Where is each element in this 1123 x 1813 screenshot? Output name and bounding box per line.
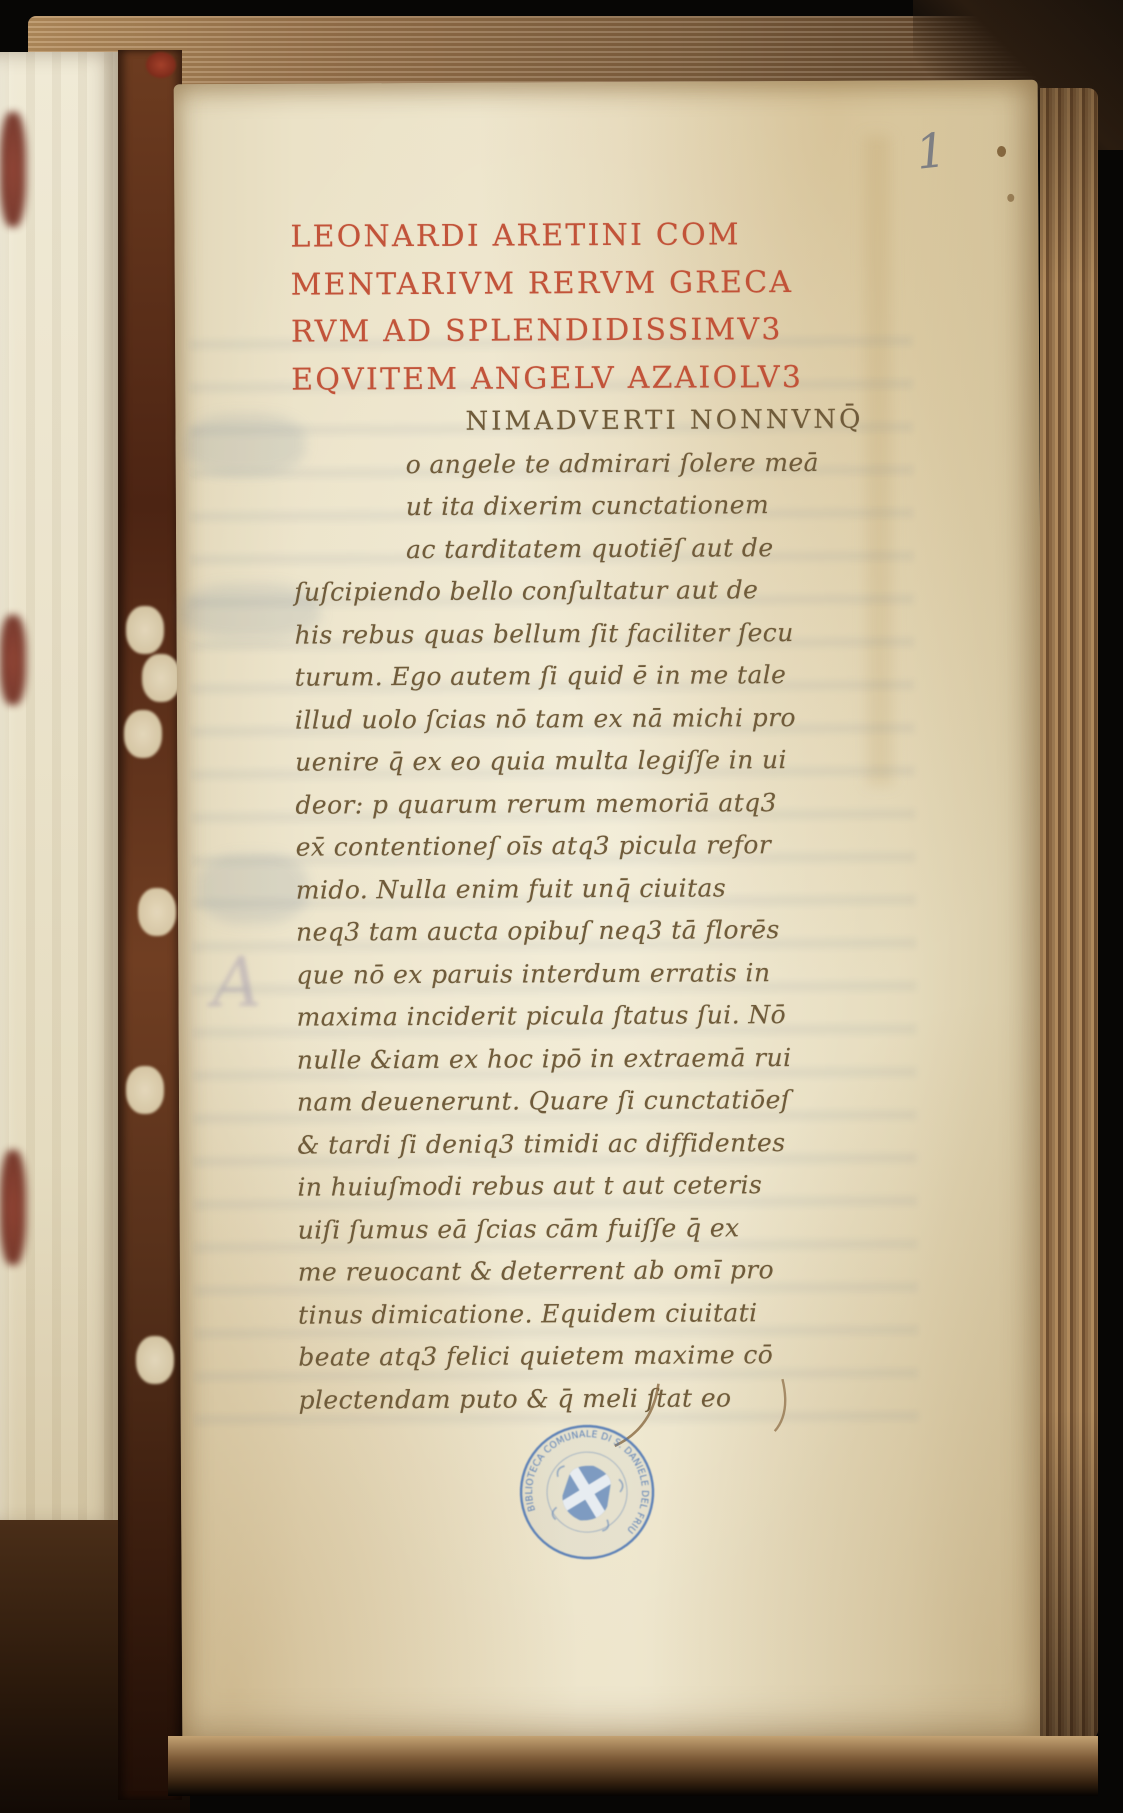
fore-edge bbox=[1040, 88, 1098, 1740]
manuscript-text-line: in huiuſmodi rebus aut t aut ceteris bbox=[297, 1164, 867, 1209]
manuscript-text-line: his rebus quas bellum ſit faciliter ſecu bbox=[294, 611, 864, 656]
manuscript-text-line: tinus dimicatione. Equidem ciuitati bbox=[298, 1291, 868, 1336]
manuscript-text-line: mido. Nulla enim fuit unq̄ ciuitas bbox=[296, 866, 866, 911]
manuscript-text-line: ac tarditatem quotiēſ aut de bbox=[406, 526, 864, 571]
rubric-title-line: EQVITEM ANGELV AZAIOLV3 bbox=[291, 353, 803, 403]
endband bbox=[146, 52, 176, 78]
spine-gutter bbox=[118, 50, 182, 1800]
ink-showthrough-smudge bbox=[198, 854, 308, 925]
folio-number: 1 bbox=[913, 123, 949, 181]
manuscript-text-line: beate atq3 felici quietem maxime cō bbox=[298, 1334, 868, 1379]
rubric-title-line: LEONARDI ARETINI COM bbox=[290, 211, 802, 261]
rubric-title-line: RVM AD SPLENDIDISSIMV3 bbox=[291, 306, 803, 356]
manuscript-text-line: ſuſcipiendo bello conſultatur aut de bbox=[294, 569, 864, 614]
manuscript-body: NIMADVERTI NONNVNQ̄ o angele te admirari… bbox=[293, 399, 868, 1422]
manuscript-page: A 1 LEONARDI ARETINI COM MENTARIVM RERVM… bbox=[174, 80, 1047, 1745]
manuscript-text-line: deor: p quarum rerum memoriā atq3 bbox=[295, 781, 865, 826]
binding-stain bbox=[0, 112, 26, 227]
sewing-support bbox=[136, 1336, 174, 1384]
manuscript-text-line: nulle &iam ex hoc ipō in extraemā rui bbox=[297, 1036, 867, 1081]
manuscript-text-line: & tardi ſi deniq3 timidi ac diffidentes bbox=[297, 1121, 867, 1166]
manuscript-text-line: neq3 tam aucta opibuſ neq3 tā florēs bbox=[296, 909, 866, 954]
bottom-page-edges bbox=[168, 1736, 1098, 1796]
manuscript-text-line: ex̄ contentioneſ oīs atq3 picula refor bbox=[296, 824, 866, 869]
sewing-support bbox=[126, 1066, 164, 1114]
binding-stain bbox=[0, 1150, 26, 1265]
manuscript-text-line: ut ita dixerim cunctationem bbox=[406, 484, 864, 529]
sewing-support bbox=[138, 888, 176, 936]
manuscript-photograph: A 1 LEONARDI ARETINI COM MENTARIVM RERVM… bbox=[0, 0, 1123, 1813]
manuscript-text-line: o angele te admirari ſolere meā bbox=[406, 441, 864, 486]
parchment-speck bbox=[997, 146, 1006, 157]
sewing-support bbox=[124, 710, 162, 758]
sewing-support bbox=[142, 654, 180, 702]
ghost-initial: A bbox=[212, 944, 262, 1023]
parchment-speck bbox=[1007, 194, 1014, 202]
binding-stain bbox=[0, 615, 26, 705]
facing-page bbox=[0, 52, 124, 1527]
manuscript-text-line: turum. Ego autem ſi quid ē in me tale bbox=[295, 654, 865, 699]
manuscript-text-line: NIMADVERTI NONNVNQ̄ bbox=[465, 399, 863, 444]
ink-showthrough-smudge bbox=[185, 414, 305, 475]
manuscript-text-line: me reuocant & deterrent ab omī pro bbox=[298, 1249, 868, 1294]
rubric-title: LEONARDI ARETINI COM MENTARIVM RERVM GRE… bbox=[290, 211, 803, 404]
manuscript-text-line: que nō ex paruis interdum erratis in bbox=[296, 951, 866, 996]
manuscript-text-line: nam deuenerunt. Quare ſi cunctatiōeſ bbox=[297, 1079, 867, 1124]
manuscript-text-line: uiſi ſumus eā ſcias cām fuiſſe q̄ ex bbox=[298, 1206, 868, 1251]
manuscript-text-line: uenire q̄ ex eo quia multa legiſſe in ui bbox=[295, 739, 865, 784]
manuscript-text-line: illud uolo ſcias nō tam ex nā michi pro bbox=[295, 696, 865, 741]
manuscript-text-line: maxima inciderit picula ſtatus ſui. Nō bbox=[296, 994, 866, 1039]
sewing-support bbox=[126, 606, 164, 654]
rubric-title-line: MENTARIVM RERVM GRECA bbox=[291, 258, 803, 308]
